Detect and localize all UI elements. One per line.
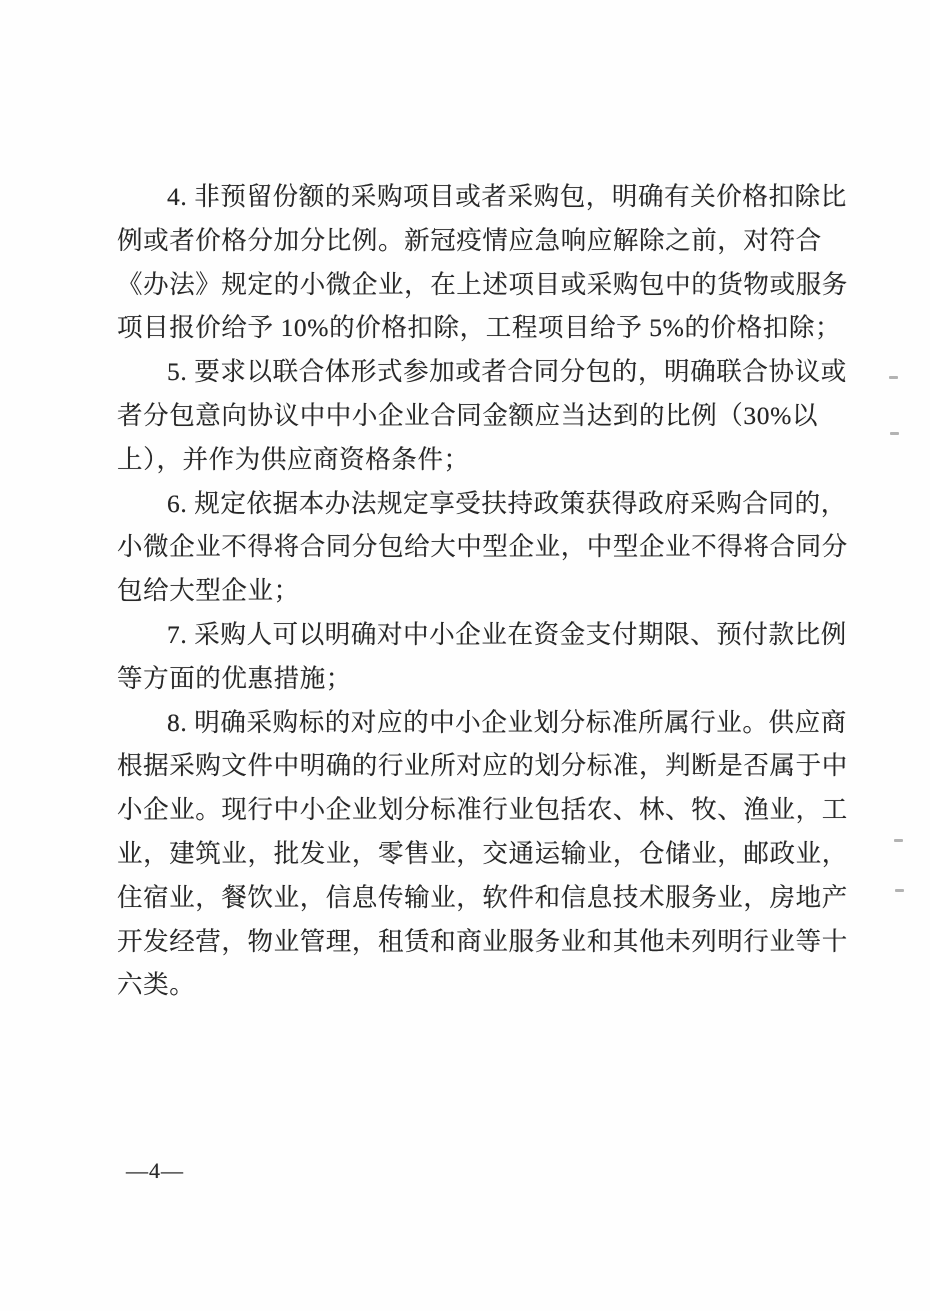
- text-line: 开发经营，物业管理，租赁和商业服务业和其他未列明行业等十: [117, 920, 829, 964]
- text-line: 住宿业，餐饮业，信息传输业，软件和信息技术服务业，房地产: [117, 876, 829, 920]
- scan-artifact-dash: [889, 376, 898, 379]
- text-line: 小企业。现行中小企业划分标准行业包括农、林、牧、渔业，工: [117, 788, 829, 832]
- text-line: 小微企业不得将合同分包给大中型企业，中型企业不得将合同分: [117, 525, 829, 569]
- text-line: 者分包意向协议中中小企业合同金额应当达到的比例（30%以: [117, 394, 829, 438]
- text-line: 5. 要求以联合体形式参加或者合同分包的，明确联合协议或: [117, 350, 829, 394]
- text-line: 包给大型企业；: [117, 569, 829, 613]
- text-line: 8. 明确采购标的对应的中小企业划分标准所属行业。供应商: [117, 701, 829, 745]
- text-line: 六类。: [117, 963, 829, 1007]
- text-line: 例或者价格分加分比例。新冠疫情应急响应解除之前，对符合: [117, 219, 829, 263]
- document-page: 4. 非预留份额的采购项目或者采购包，明确有关价格扣除比 例或者价格分加分比例。…: [0, 0, 930, 1311]
- text-line: 项目报价给予 10%的价格扣除，工程项目给予 5%的价格扣除；: [117, 306, 829, 350]
- text-line: 6. 规定依据本办法规定享受扶持政策获得政府采购合同的，: [117, 482, 829, 526]
- text-line: 等方面的优惠措施；: [117, 657, 829, 701]
- page-number: —4—: [126, 1158, 184, 1184]
- text-line: 根据采购文件中明确的行业所对应的划分标准，判断是否属于中: [117, 744, 829, 788]
- body-text: 4. 非预留份额的采购项目或者采购包，明确有关价格扣除比 例或者价格分加分比例。…: [117, 175, 829, 1007]
- text-line: 《办法》规定的小微企业，在上述项目或采购包中的货物或服务: [117, 263, 829, 307]
- text-line: 7. 采购人可以明确对中小企业在资金支付期限、预付款比例: [117, 613, 829, 657]
- text-line: 4. 非预留份额的采购项目或者采购包，明确有关价格扣除比: [117, 175, 829, 219]
- text-line: 上），并作为供应商资格条件；: [117, 438, 829, 482]
- text-line: 业，建筑业，批发业，零售业，交通运输业，仓储业，邮政业，: [117, 832, 829, 876]
- scan-artifact-dash: [894, 839, 903, 842]
- scan-artifact-dash: [895, 889, 904, 892]
- scan-artifact-dash: [890, 432, 899, 435]
